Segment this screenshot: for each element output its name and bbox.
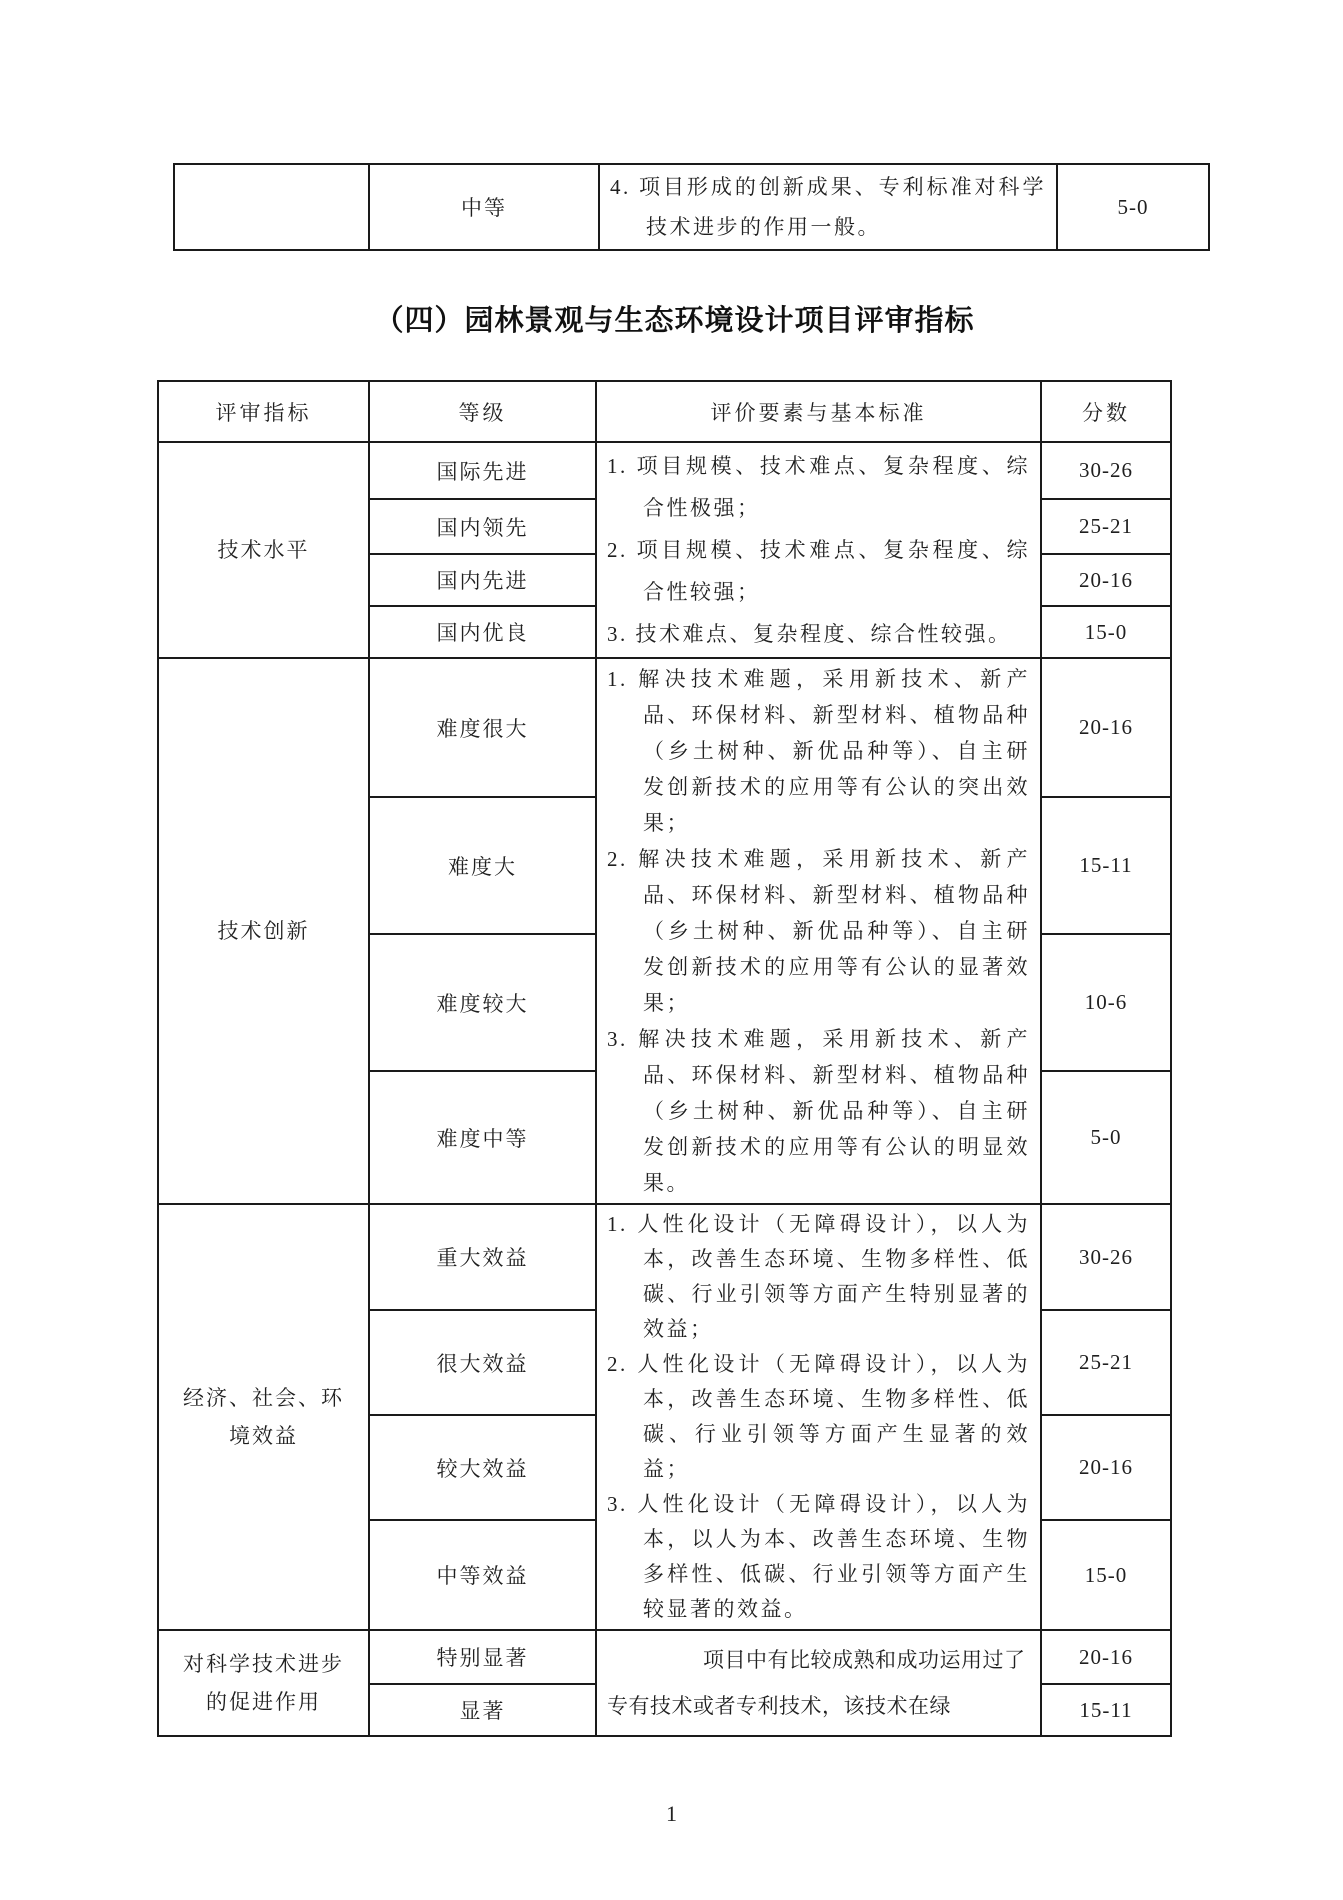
score-cell: 5-0	[1041, 1071, 1171, 1204]
criteria-item: 1. 项目规模、技术难点、复杂程度、综合性极强；	[607, 445, 1030, 529]
header-cell-indicator: 评审指标	[158, 381, 369, 442]
score-cell: 15-0	[1041, 1520, 1171, 1630]
page-number: 1	[0, 1799, 1343, 1829]
grade-cell: 重大效益	[369, 1204, 596, 1310]
section-heading: （四）园林景观与生态环境设计项目评审指标	[157, 299, 1192, 343]
score-cell: 10-6	[1041, 934, 1171, 1071]
indicator-cell: 经济、社会、环境效益	[158, 1204, 369, 1630]
score-cell: 25-21	[1041, 499, 1171, 554]
indicator-cell: 技术水平	[158, 442, 369, 658]
grade-cell: 难度中等	[369, 1071, 596, 1204]
score-cell: 30-26	[1041, 442, 1171, 499]
criteria-cell: 1. 解决技术难题，采用新技术、新产品、环保材料、新型材料、植物品种（乡土树种、…	[596, 658, 1041, 1204]
grade-cell: 国内领先	[369, 499, 596, 554]
indicator-cell: 对科学技术进步的促进作用	[158, 1630, 369, 1736]
criteria-cell: 1. 人性化设计（无障碍设计），以人为本，改善生态环境、生物多样性、低碳、行业引…	[596, 1204, 1041, 1630]
criteria-item: 2. 解决技术难题，采用新技术、新产品、环保材料、新型材料、植物品种（乡土树种、…	[607, 841, 1030, 1021]
score-cell: 30-26	[1041, 1204, 1171, 1310]
score-cell: 25-21	[1041, 1310, 1171, 1415]
criteria-cell: 1. 项目规模、技术难点、复杂程度、综合性极强； 2. 项目规模、技术难点、复杂…	[596, 442, 1041, 658]
grade-cell: 国际先进	[369, 442, 596, 499]
grade-cell: 很大效益	[369, 1310, 596, 1415]
criteria-item: 3. 人性化设计（无障碍设计），以人为本，以人为本、改善生态环境、生物多样性、低…	[607, 1487, 1030, 1627]
grade-cell: 较大效益	[369, 1415, 596, 1520]
header-cell-score: 分数	[1041, 381, 1171, 442]
score-cell: 15-11	[1041, 1684, 1171, 1736]
criteria-item: 3. 解决技术难题，采用新技术、新产品、环保材料、新型材料、植物品种（乡土树种、…	[607, 1021, 1030, 1201]
score-cell: 15-11	[1041, 797, 1171, 934]
criteria-item: 2. 人性化设计（无障碍设计），以人为本，改善生态环境、生物多样性、低碳、行业引…	[607, 1347, 1030, 1487]
header-cell-grade: 等级	[369, 381, 596, 442]
table-row: 技术创新 难度很大 1. 解决技术难题，采用新技术、新产品、环保材料、新型材料、…	[158, 658, 1171, 797]
table-row: 技术水平 国际先进 1. 项目规模、技术难点、复杂程度、综合性极强； 2. 项目…	[158, 442, 1171, 499]
grade-cell: 难度大	[369, 797, 596, 934]
criteria-item: 3. 技术难点、复杂程度、综合性较强。	[607, 613, 1030, 655]
score-cell: 20-16	[1041, 1630, 1171, 1684]
grade-cell: 国内优良	[369, 606, 596, 658]
grade-cell: 中等	[369, 164, 599, 250]
grade-cell: 特别显著	[369, 1630, 596, 1684]
table-row: 经济、社会、环境效益 重大效益 1. 人性化设计（无障碍设计），以人为本，改善生…	[158, 1204, 1171, 1310]
grade-cell: 国内先进	[369, 554, 596, 606]
criteria-cell: 项目中有比较成熟和成功运用过了专有技术或者专利技术，该技术在绿	[596, 1630, 1041, 1736]
score-cell: 20-16	[1041, 554, 1171, 606]
criteria-item: 1. 人性化设计（无障碍设计），以人为本，改善生态环境、生物多样性、低碳、行业引…	[607, 1207, 1030, 1347]
criteria-item: 1. 解决技术难题，采用新技术、新产品、环保材料、新型材料、植物品种（乡土树种、…	[607, 661, 1030, 841]
evaluation-table: 评审指标 等级 评价要素与基本标准 分数 技术水平 国际先进 1. 项目规模、技…	[157, 380, 1172, 1737]
score-cell: 15-0	[1041, 606, 1171, 658]
score-cell: 20-16	[1041, 658, 1171, 797]
grade-cell: 显著	[369, 1684, 596, 1736]
table-row: 中等 4. 项目形成的创新成果、专利标准对科学技术进步的作用一般。 5-0	[174, 164, 1209, 250]
carryover-table: 中等 4. 项目形成的创新成果、专利标准对科学技术进步的作用一般。 5-0	[173, 163, 1210, 251]
score-cell: 20-16	[1041, 1415, 1171, 1520]
table-row: 对科学技术进步的促进作用 特别显著 项目中有比较成熟和成功运用过了专有技术或者专…	[158, 1630, 1171, 1684]
grade-cell: 中等效益	[369, 1520, 596, 1630]
grade-cell: 难度很大	[369, 658, 596, 797]
table-header-row: 评审指标 等级 评价要素与基本标准 分数	[158, 381, 1171, 442]
grade-cell: 难度较大	[369, 934, 596, 1071]
criteria-item: 2. 项目规模、技术难点、复杂程度、综合性较强；	[607, 529, 1030, 613]
criteria-item: 4. 项目形成的创新成果、专利标准对科学技术进步的作用一般。	[610, 167, 1046, 247]
score-cell: 5-0	[1057, 164, 1209, 250]
document-page: 中等 4. 项目形成的创新成果、专利标准对科学技术进步的作用一般。 5-0 （四…	[0, 163, 1343, 1829]
criteria-paragraph: 项目中有比较成熟和成功运用过了专有技术或者专利技术，该技术在绿	[607, 1637, 1030, 1729]
header-cell-criteria: 评价要素与基本标准	[596, 381, 1041, 442]
indicator-cell: 技术创新	[158, 658, 369, 1204]
criteria-cell: 4. 项目形成的创新成果、专利标准对科学技术进步的作用一般。	[599, 164, 1057, 250]
indicator-cell	[174, 164, 369, 250]
